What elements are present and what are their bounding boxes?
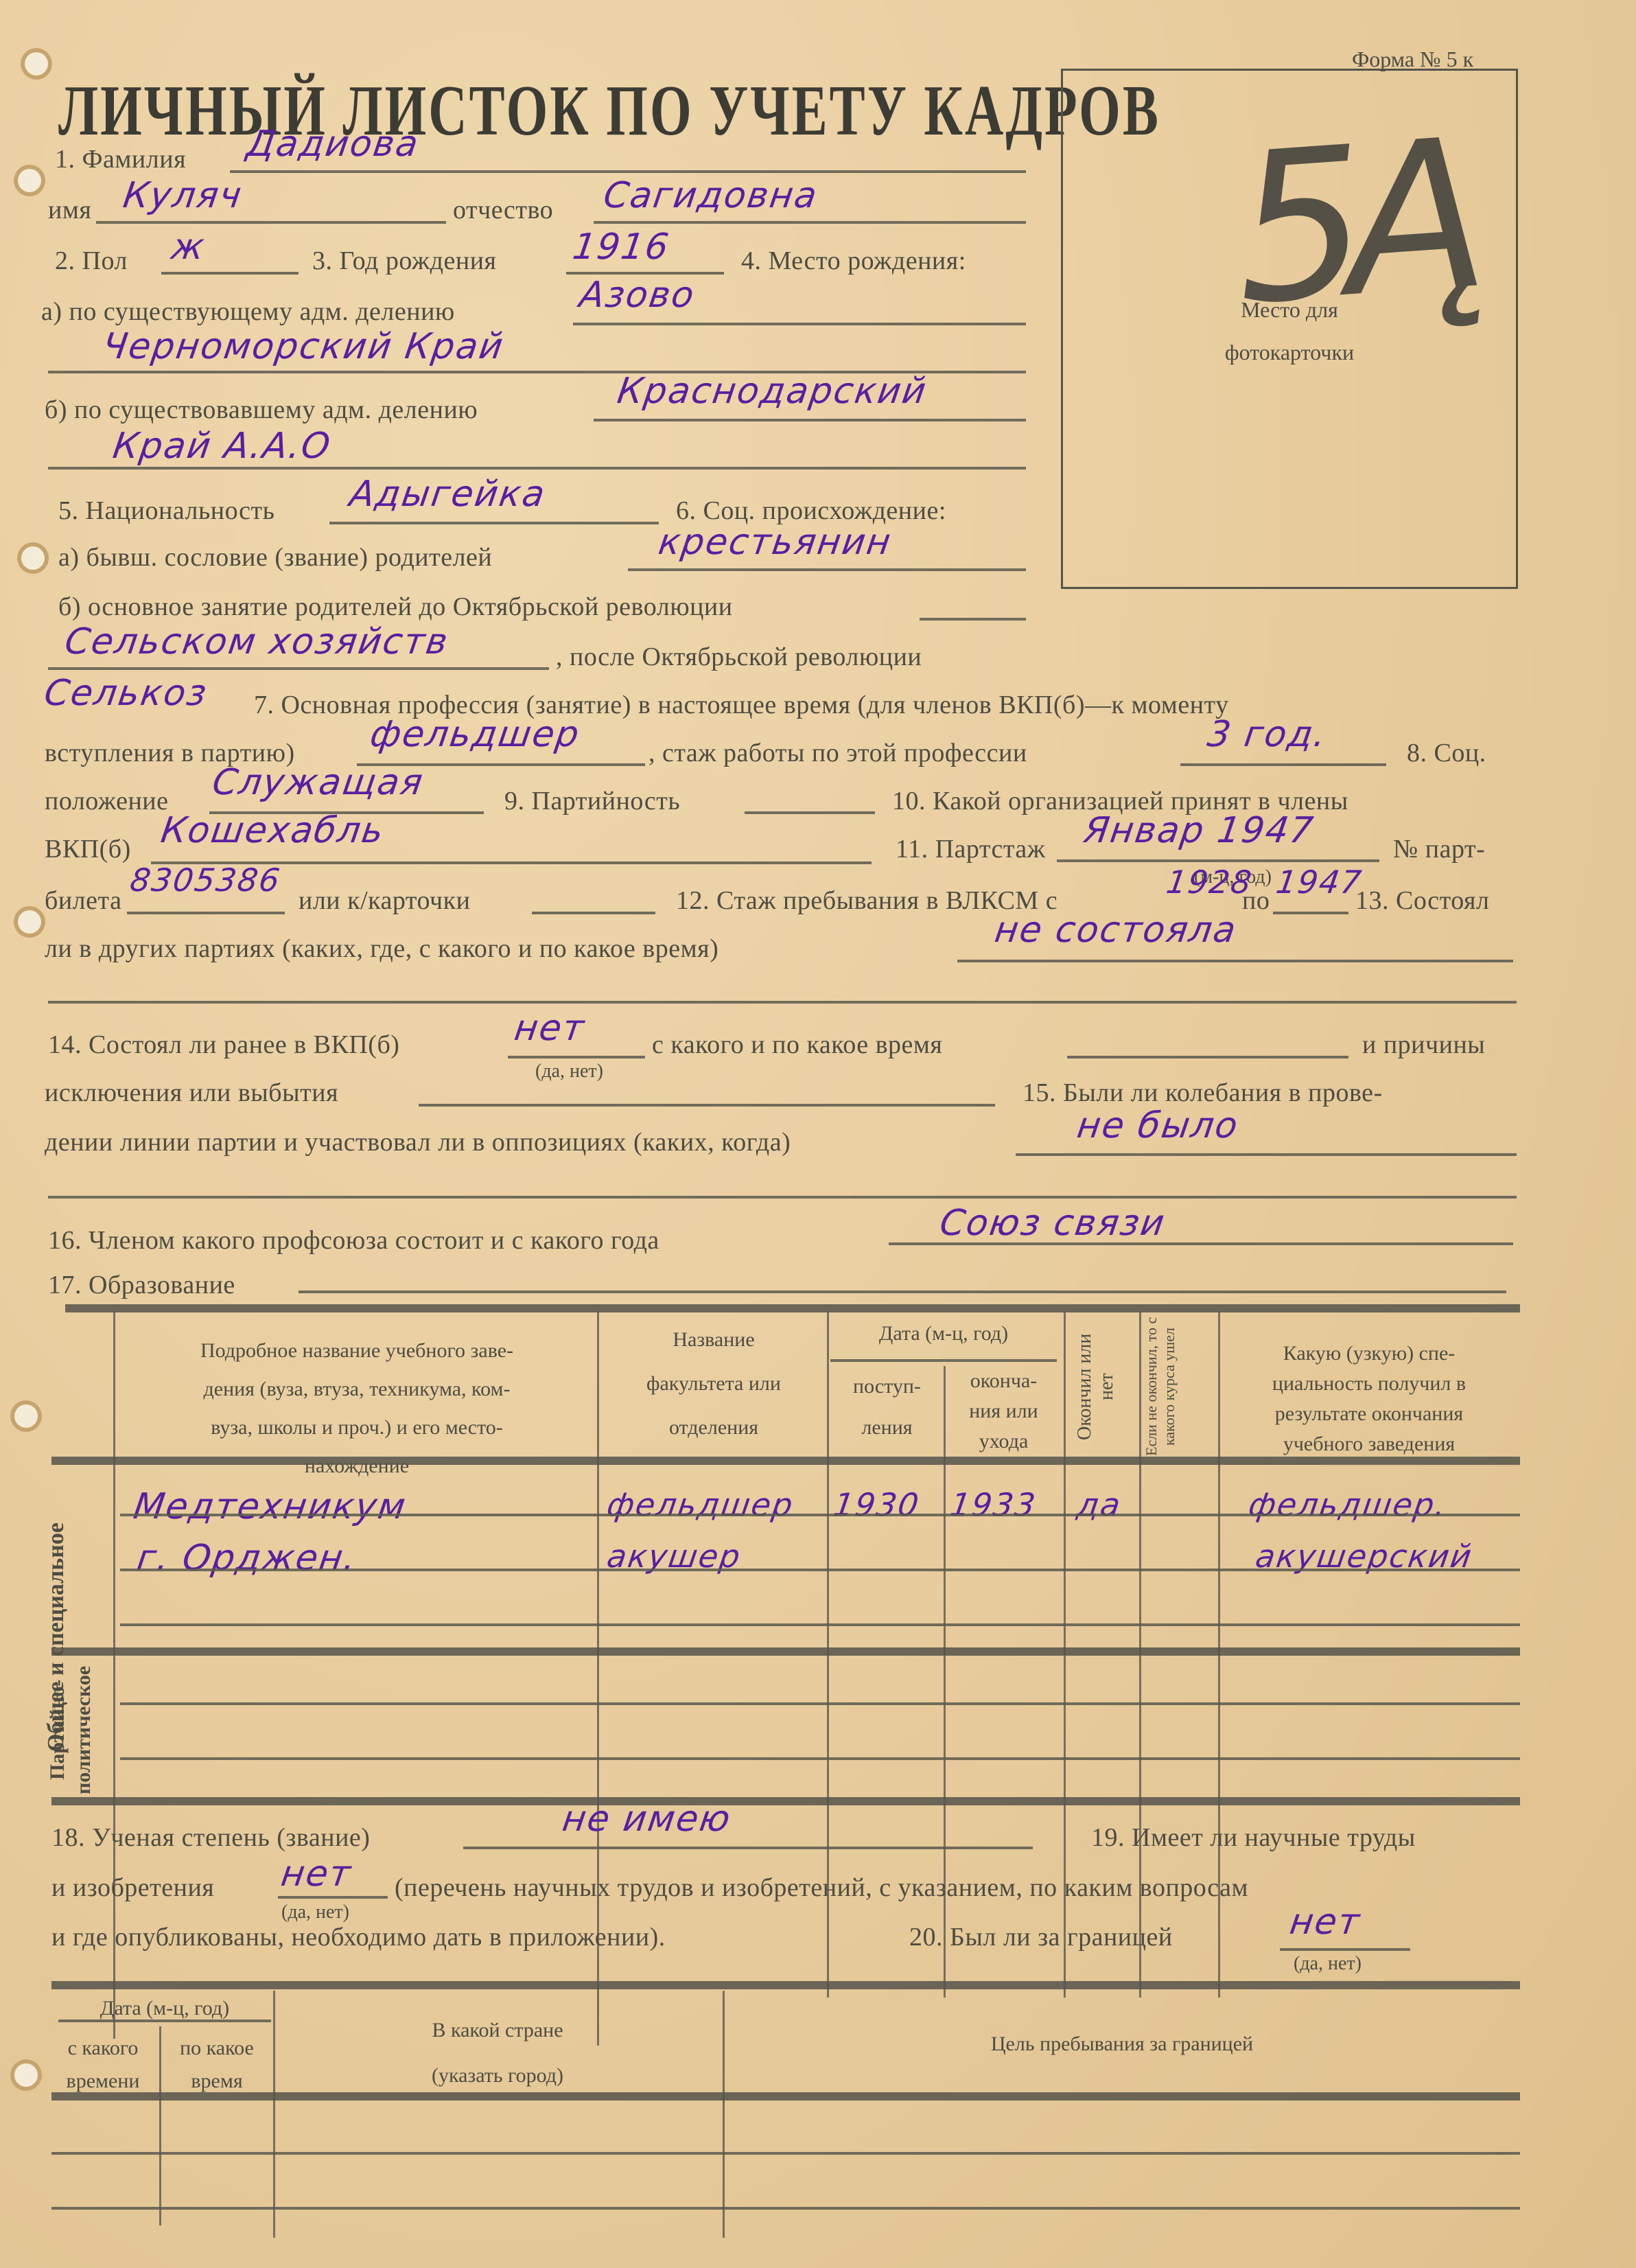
party-exp-line bbox=[1057, 859, 1379, 862]
row-line bbox=[120, 1757, 1520, 1760]
works-line bbox=[278, 1896, 388, 1899]
section-border bbox=[51, 1647, 1520, 1656]
patronymic-field-line bbox=[594, 221, 1026, 224]
degree-label: 18. Ученая степень (звание) bbox=[51, 1822, 370, 1853]
vkpb-before-value[interactable]: нет bbox=[512, 1008, 588, 1049]
birth-year-label: 3. Год рождения bbox=[312, 246, 497, 276]
card-number-line bbox=[127, 912, 285, 914]
party-card-label: № парт- bbox=[1393, 834, 1485, 864]
edu-table-top-border bbox=[65, 1304, 1520, 1312]
wavering-value[interactable]: не было bbox=[1075, 1105, 1241, 1146]
card-number-value[interactable]: 8305386 bbox=[128, 861, 283, 899]
section-label-party-political: Партийно-политическое bbox=[45, 1661, 113, 1798]
sex-value[interactable]: ж bbox=[169, 227, 208, 268]
org-label-2: ВКП(б) bbox=[45, 834, 131, 864]
abroad-sublabel: (да, нет) bbox=[1294, 1953, 1362, 1975]
header-finish: оконча- ния или ухода bbox=[947, 1366, 1060, 1457]
parents-estate-line bbox=[628, 568, 1026, 571]
degree-value[interactable]: не имею bbox=[560, 1798, 734, 1840]
abroad-table-top-border bbox=[51, 1981, 1520, 1989]
binder-hole bbox=[10, 1400, 42, 1432]
surname-label: 1. Фамилия bbox=[55, 144, 186, 174]
sex-field-line bbox=[161, 272, 299, 275]
entry-cell[interactable]: 1930 bbox=[831, 1486, 922, 1523]
binder-hole bbox=[14, 165, 45, 196]
binder-hole bbox=[14, 906, 45, 938]
birthplace-current-value-2[interactable]: Черноморский Край bbox=[100, 326, 507, 367]
parents-occupation-line-2 bbox=[48, 667, 549, 670]
institution-cell[interactable]: г. Орджен. bbox=[135, 1538, 360, 1579]
vkpb-reason-line bbox=[419, 1104, 995, 1107]
row-line bbox=[120, 1623, 1520, 1626]
party-exp-value[interactable]: Январ 1947 bbox=[1082, 810, 1317, 851]
membership-card-line bbox=[532, 912, 655, 914]
birthplace-former-label: б) по существовавшему адм. делению bbox=[45, 395, 478, 425]
union-label: 16. Членом какого профсоюза состоит и с … bbox=[48, 1225, 659, 1255]
patronymic-value[interactable]: Сагидовна bbox=[601, 175, 821, 216]
card-label: билета bbox=[45, 886, 121, 916]
komsomol-to-label: по bbox=[1242, 886, 1270, 916]
row-line bbox=[51, 2152, 1520, 2155]
party-exp-label: 11. Партстаж bbox=[896, 834, 1046, 864]
birthplace-label: 4. Место рождения: bbox=[741, 246, 966, 276]
vkpb-before-sublabel: (да, нет) bbox=[535, 1061, 603, 1083]
party-line bbox=[745, 811, 875, 814]
abroad-label: 20. Был ли за границей bbox=[909, 1922, 1173, 1952]
vkpb-period-label: с какого и по какое время bbox=[652, 1030, 942, 1060]
membership-card-label: или к/карточки bbox=[299, 886, 470, 916]
abroad-col-divider bbox=[159, 2026, 161, 2225]
wavering-line-2 bbox=[48, 1196, 1517, 1199]
other-parties-line-2 bbox=[48, 1001, 1517, 1004]
works-value[interactable]: нет bbox=[279, 1853, 355, 1895]
parents-estate-label: а) бывш. сословие (звание) родителей bbox=[58, 542, 492, 572]
edu-table-bottom-border bbox=[51, 1797, 1520, 1805]
works-note-2: и где опубликованы, необходимо дать в пр… bbox=[51, 1922, 666, 1952]
parents-estate-value[interactable]: крестьянин bbox=[656, 522, 894, 563]
vkpb-reason-label-2: исключения или выбытия bbox=[45, 1078, 338, 1108]
specialty-cell[interactable]: фельдшер. bbox=[1246, 1486, 1449, 1523]
union-value[interactable]: Союз связи bbox=[937, 1203, 1168, 1244]
page-title: ЛИЧНЫЙ ЛИСТОК ПО УЧЕТУ КАДРОВ bbox=[58, 69, 1160, 152]
binder-hole bbox=[21, 48, 52, 80]
finish-cell[interactable]: 1933 bbox=[948, 1486, 1039, 1523]
abroad-header-from: с какого времени bbox=[48, 2032, 158, 2098]
header-graduated: Окончил или нет bbox=[1074, 1318, 1136, 1455]
birthplace-former-line bbox=[594, 419, 1026, 421]
abroad-col-divider bbox=[723, 1991, 725, 2238]
works-label: 19. Имеет ли научные труды bbox=[1091, 1822, 1416, 1853]
after-revolution-label: , после Октябрьской революции bbox=[556, 642, 922, 672]
vkpb-before-line bbox=[508, 1056, 645, 1058]
pencil-mark: 5Ą bbox=[1227, 95, 1474, 351]
nationality-label: 5. Национальность bbox=[58, 496, 274, 526]
faculty-cell[interactable]: фельдшер bbox=[605, 1486, 796, 1523]
org-value[interactable]: Кошехабль bbox=[159, 810, 387, 851]
abroad-header-to: по какое время bbox=[162, 2032, 272, 2098]
header-course-left: Если не окончил, то с какого курса ушел bbox=[1143, 1315, 1215, 1459]
row-line bbox=[120, 1514, 1520, 1516]
birthplace-former-value-2[interactable]: Край А.А.О bbox=[110, 426, 334, 467]
institution-cell[interactable]: Медтехникум bbox=[131, 1486, 410, 1527]
union-line bbox=[889, 1242, 1513, 1245]
graduated-cell[interactable]: да bbox=[1075, 1486, 1124, 1523]
header-date-group: Дата (м-ц, год) bbox=[830, 1315, 1057, 1353]
header-entry: поступ- ления bbox=[830, 1366, 944, 1448]
nationality-value[interactable]: Адыгейка bbox=[347, 474, 548, 515]
abroad-line bbox=[1280, 1948, 1410, 1951]
parents-occupation-value[interactable]: Сельском хозяйств bbox=[62, 621, 452, 662]
name-label: имя bbox=[48, 195, 91, 225]
row-line bbox=[120, 1569, 1520, 1571]
row-line bbox=[51, 2207, 1520, 2210]
header-faculty: Название факультета или отделения bbox=[604, 1318, 823, 1450]
binder-hole bbox=[10, 2059, 42, 2091]
works-note: (перечень научных трудов и изобретений, … bbox=[395, 1873, 1248, 1903]
sex-label: 2. Пол bbox=[55, 246, 128, 276]
komsomol-to-line bbox=[1273, 912, 1348, 914]
abroad-header-purpose: Цель пребывания за границей bbox=[727, 2025, 1517, 2063]
birthplace-former-line-2 bbox=[48, 467, 1026, 470]
birthplace-former-value[interactable]: Краснодарский bbox=[615, 371, 930, 412]
abroad-table-header-border bbox=[51, 2092, 1520, 2101]
vkpb-reason-label: и причины bbox=[1362, 1030, 1485, 1060]
wavering-line bbox=[1016, 1153, 1517, 1156]
experience-value[interactable]: 3 год. bbox=[1205, 714, 1330, 755]
birthplace-current-value[interactable]: Азово bbox=[577, 275, 698, 316]
surname-field-line bbox=[230, 170, 1026, 173]
experience-line bbox=[1180, 763, 1386, 766]
after-revolution-value[interactable]: Селькоз bbox=[42, 673, 210, 714]
profession-value[interactable]: фельдшер bbox=[368, 714, 583, 755]
birthplace-current-label: а) по существующему адм. делению bbox=[41, 297, 455, 327]
works-sublabel: (да, нет) bbox=[281, 1901, 349, 1923]
social-status-label: 8. Соц. bbox=[1407, 738, 1486, 768]
other-parties-label-2: ли в других партиях (каких, где, с каког… bbox=[45, 934, 718, 964]
abroad-header-country: В какой стране (указать город) bbox=[274, 2008, 721, 2098]
row-line bbox=[120, 1702, 1520, 1705]
komsomol-from-value[interactable]: 1928 bbox=[1164, 864, 1255, 901]
vkpb-period-line bbox=[1067, 1056, 1348, 1058]
party-label: 9. Партийность bbox=[504, 786, 680, 816]
parents-occupation-line bbox=[920, 618, 1026, 621]
other-parties-value[interactable]: не состояла bbox=[992, 910, 1239, 951]
birthplace-current-line bbox=[573, 323, 1026, 325]
social-status-label-2: положение bbox=[45, 786, 169, 816]
binder-hole bbox=[17, 542, 49, 574]
komsomol-to-value[interactable]: 1947 bbox=[1274, 864, 1365, 901]
surname-value[interactable]: Дадиова bbox=[244, 124, 422, 165]
date-group-underline bbox=[830, 1359, 1057, 1362]
nationality-line bbox=[329, 522, 659, 524]
parents-occupation-label: б) основное занятие родителей до Октябрь… bbox=[58, 592, 733, 622]
birth-year-value[interactable]: 1916 bbox=[570, 227, 673, 268]
experience-label: , стаж работы по этой профессии bbox=[648, 738, 1027, 768]
other-parties-line bbox=[957, 960, 1513, 962]
wavering-label-2: дении линии партии и участвовал ли в опп… bbox=[45, 1127, 791, 1157]
degree-line bbox=[463, 1847, 1033, 1849]
other-parties-label: 13. Состоял bbox=[1355, 886, 1489, 916]
abroad-header-date-group: Дата (м-ц, год) bbox=[58, 1989, 271, 2028]
education-line bbox=[299, 1291, 1506, 1293]
vkpb-before-label: 14. Состоял ли ранее в ВКП(б) bbox=[48, 1030, 399, 1060]
works-label-2: и изобретения bbox=[51, 1873, 214, 1903]
patronymic-label: отчество bbox=[453, 195, 553, 225]
header-specialty: Какую (узкую) спе- циальность получил в … bbox=[1225, 1339, 1513, 1459]
name-field-line bbox=[96, 221, 446, 224]
wavering-label: 15. Были ли колебания в прове- bbox=[1022, 1078, 1383, 1108]
edu-table-header-border bbox=[51, 1457, 1520, 1465]
education-label: 17. Образование bbox=[48, 1270, 235, 1300]
abroad-value[interactable]: нет bbox=[1287, 1901, 1364, 1943]
name-value[interactable]: Куляч bbox=[121, 175, 245, 216]
social-status-value[interactable]: Служащая bbox=[210, 762, 427, 803]
